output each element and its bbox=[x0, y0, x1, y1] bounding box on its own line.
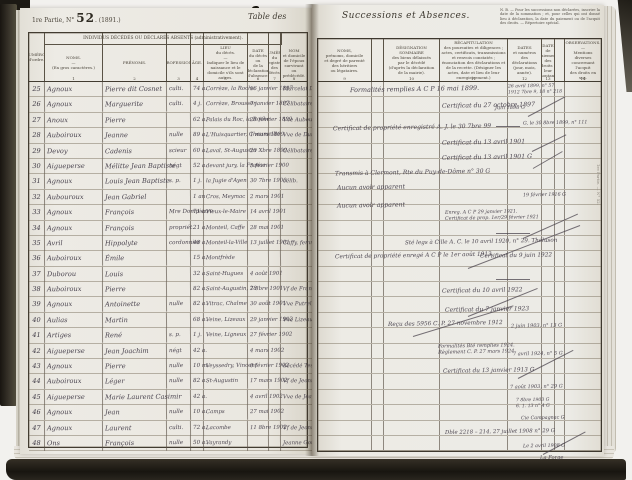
cell-numero bbox=[269, 328, 281, 343]
cell-prenoms: Jeanne bbox=[103, 128, 167, 144]
cell-numero bbox=[269, 82, 281, 97]
cell-empty bbox=[440, 282, 508, 296]
cell-empty bbox=[565, 205, 601, 219]
cell-profession: culti. bbox=[167, 420, 191, 435]
cell-profession: scieur bbox=[167, 143, 191, 158]
cell-empty bbox=[555, 344, 565, 358]
cell-age: 10 m. bbox=[191, 359, 204, 374]
cell-no: 34 bbox=[29, 220, 45, 235]
cell-empty bbox=[508, 251, 542, 265]
ledger-row bbox=[318, 390, 601, 405]
cell-empty bbox=[372, 251, 384, 265]
cell-empty bbox=[318, 359, 372, 373]
cell-empty bbox=[372, 421, 384, 435]
cell-empty bbox=[555, 236, 565, 250]
cell-empty bbox=[555, 267, 565, 281]
book-spine-edge bbox=[0, 4, 17, 406]
cell-empty bbox=[384, 82, 440, 96]
cell-empty bbox=[555, 436, 565, 450]
cell-empty bbox=[372, 436, 384, 450]
cell-numero bbox=[269, 374, 281, 389]
cell-lieu: Corrèze, la Roche bbox=[204, 82, 248, 97]
cell-empty bbox=[318, 236, 372, 250]
cell-empty bbox=[542, 97, 555, 111]
cell-profession: s. p. bbox=[167, 174, 191, 189]
cell-prenoms: René bbox=[103, 328, 167, 344]
cell-numero bbox=[269, 313, 281, 328]
cell-nom: Aulias bbox=[45, 313, 103, 329]
cell-numero bbox=[269, 390, 281, 405]
right-rows bbox=[318, 82, 601, 451]
column-number: 10 bbox=[384, 76, 439, 81]
cell-age: 32 a. bbox=[191, 267, 204, 282]
cell-empty bbox=[555, 251, 565, 265]
cell-profession: culti. bbox=[167, 97, 191, 112]
cell-age: 10 a. bbox=[191, 405, 204, 420]
cell-empty bbox=[542, 144, 555, 158]
cell-empty bbox=[384, 205, 440, 219]
cell-profession: négt bbox=[167, 344, 191, 359]
column-header: RÉCAPITULATION des poursuites et diligen… bbox=[440, 39, 508, 81]
cell-numero bbox=[269, 236, 281, 251]
cell-empty bbox=[542, 128, 555, 142]
cell-profession: culti. bbox=[167, 82, 191, 97]
cell-empty bbox=[565, 344, 601, 358]
cell-prenoms: Martin bbox=[103, 313, 167, 329]
ledger-row bbox=[318, 328, 601, 343]
column-number: 9 bbox=[318, 76, 371, 81]
column-header: NUMÉROS d'ordre. bbox=[29, 33, 45, 81]
cell-empty bbox=[440, 359, 508, 373]
cell-numero bbox=[269, 344, 281, 359]
column-number: 13 bbox=[542, 76, 554, 81]
cell-empty bbox=[508, 174, 542, 188]
ledger-row bbox=[318, 251, 601, 266]
cell-no: 40 bbox=[29, 313, 45, 328]
cell-profession bbox=[167, 251, 191, 266]
cell-empty bbox=[372, 344, 384, 358]
ledger-row bbox=[318, 221, 601, 236]
cell-date: 7 janvier 1897 bbox=[248, 97, 269, 112]
column-number: 14 bbox=[565, 76, 601, 81]
cell-age: 42 a. bbox=[191, 390, 204, 405]
cell-no: 38 bbox=[29, 282, 45, 297]
cell-empty bbox=[542, 159, 555, 173]
cell-empty bbox=[542, 236, 555, 250]
cell-empty bbox=[508, 267, 542, 281]
cell-empty bbox=[555, 144, 565, 158]
cell-nom: Aubouroux bbox=[45, 189, 103, 205]
cell-empty bbox=[542, 421, 555, 435]
cell-empty bbox=[542, 344, 555, 358]
book-gutter-shadow bbox=[305, 4, 319, 456]
cell-numero bbox=[269, 267, 281, 282]
cell-date: 28 mai 1901 bbox=[248, 220, 269, 235]
cell-date: 16 janvier 1897 bbox=[248, 82, 269, 97]
cell-empty bbox=[384, 405, 440, 419]
cell-empty bbox=[440, 144, 508, 158]
cell-empty bbox=[318, 144, 372, 158]
cell-nom: Aigueperse bbox=[45, 390, 103, 406]
cell-empty bbox=[440, 436, 508, 450]
cell-date: 2 mars 1901 bbox=[248, 190, 269, 205]
cell-numero bbox=[269, 436, 281, 451]
cell-empty bbox=[384, 313, 440, 327]
cell-nom: Anoux bbox=[45, 112, 103, 128]
column-number: 8 bbox=[281, 76, 307, 81]
cell-nom: Auboiroux bbox=[45, 128, 103, 144]
cell-lieu: Lacombe bbox=[204, 420, 248, 435]
ledger-row bbox=[318, 282, 601, 297]
cell-numero bbox=[269, 205, 281, 220]
cell-age: 15 a. bbox=[191, 251, 204, 266]
cell-empty bbox=[384, 113, 440, 127]
cell-lieu: Corrèze, Brousson bbox=[204, 97, 248, 112]
cell-empty bbox=[565, 405, 601, 419]
cell-empty bbox=[555, 221, 565, 235]
cell-empty bbox=[384, 97, 440, 111]
cell-empty bbox=[542, 313, 555, 327]
cell-empty bbox=[384, 267, 440, 281]
cell-nom: Auboiroux bbox=[45, 251, 103, 267]
column-header bbox=[372, 39, 384, 81]
cell-empty bbox=[372, 374, 384, 388]
part-label: 1re Partie, N° bbox=[32, 17, 74, 24]
cell-empty bbox=[372, 328, 384, 342]
cell-empty bbox=[318, 82, 372, 96]
cell-no: 30 bbox=[29, 159, 45, 174]
cell-empty bbox=[384, 282, 440, 296]
cell-age: 72 a. bbox=[191, 421, 204, 436]
cell-empty bbox=[440, 159, 508, 173]
cell-empty bbox=[384, 144, 440, 158]
cell-age: 82 a. bbox=[191, 297, 204, 312]
column-header: NOMS, prénoms, domicile et degré de pare… bbox=[318, 39, 372, 81]
cell-no: 45 bbox=[29, 390, 45, 405]
column-header: DATES et numéros des déclarations (jour,… bbox=[508, 39, 542, 81]
cell-date: 27 février 1902 bbox=[248, 328, 269, 343]
group-header: INDIVIDUS DÉCÉDÉS OU DÉCLARÉS ABSENTS (a… bbox=[45, 33, 282, 45]
right-page: Successions et Absences. N. B. — Pour le… bbox=[312, 5, 604, 456]
cell-no: 36 bbox=[29, 251, 45, 266]
column-header bbox=[555, 39, 565, 81]
cell-empty bbox=[318, 421, 372, 435]
cell-empty bbox=[384, 374, 440, 388]
cell-lieu bbox=[204, 343, 248, 358]
cell-numero bbox=[269, 190, 281, 205]
cell-empty bbox=[440, 97, 508, 111]
cell-age: 1 j. bbox=[191, 328, 204, 343]
cell-prenoms: Cadenis bbox=[103, 143, 167, 159]
cell-lieu: Veyssedry, Vincent bbox=[204, 359, 248, 374]
cell-no: 48 bbox=[29, 436, 45, 451]
cell-age: 50 a. bbox=[191, 436, 204, 451]
cell-date bbox=[248, 436, 269, 451]
ledger-row bbox=[318, 297, 601, 312]
page-edges-right bbox=[604, 6, 616, 454]
cell-profession: nulle bbox=[167, 359, 191, 374]
cell-empty bbox=[565, 221, 601, 235]
cell-prenoms: Louis bbox=[103, 266, 167, 282]
cell-numero bbox=[269, 113, 281, 128]
cell-lieu: Vieux-le-Maire bbox=[204, 205, 248, 220]
column-number: 2 bbox=[103, 76, 166, 81]
cell-empty bbox=[372, 297, 384, 311]
cell-no: 26 bbox=[29, 97, 45, 112]
cell-no: 42 bbox=[29, 344, 45, 359]
cell-date: 29 janvier 1902 bbox=[248, 313, 269, 328]
cell-prenoms: François bbox=[103, 220, 167, 236]
cell-empty bbox=[508, 328, 542, 342]
cell-age: 71 a. bbox=[191, 205, 204, 220]
cell-empty bbox=[508, 297, 542, 311]
cell-nom: Agnoux bbox=[45, 82, 103, 98]
cell-nom: Aigueperse bbox=[45, 343, 103, 359]
cell-empty bbox=[542, 205, 555, 219]
cell-no: 31 bbox=[29, 174, 45, 189]
part-heading: 1re Partie, N° 52. (1891.) bbox=[32, 11, 121, 25]
cell-empty bbox=[508, 82, 542, 96]
cell-empty bbox=[318, 328, 372, 342]
cell-no: 29 bbox=[29, 143, 45, 158]
cell-nom: Agnoux bbox=[45, 405, 103, 421]
cell-empty bbox=[440, 251, 508, 265]
cell-empty bbox=[555, 390, 565, 404]
column-number: 5 bbox=[204, 76, 247, 81]
cell-prenoms: Pierre bbox=[103, 282, 167, 298]
cell-age: 48 a. bbox=[191, 236, 204, 251]
cell-nom: Devoy bbox=[45, 143, 103, 159]
right-ledger-table: NOMS, prénoms, domicile et degré de pare… bbox=[317, 38, 602, 452]
cell-empty bbox=[318, 405, 372, 419]
cell-empty bbox=[542, 113, 555, 127]
ledger-row bbox=[318, 267, 601, 282]
cell-empty bbox=[555, 313, 565, 327]
cell-empty bbox=[372, 159, 384, 173]
cell-nom: Avril bbox=[45, 236, 103, 252]
column-number: 3 bbox=[167, 76, 190, 81]
cell-empty bbox=[318, 267, 372, 281]
cell-no: 46 bbox=[29, 405, 45, 420]
ledger-row bbox=[318, 313, 601, 328]
cell-empty bbox=[565, 328, 601, 342]
cell-date: 14 avril 1901 bbox=[248, 205, 269, 220]
cell-empty bbox=[384, 328, 440, 342]
cell-empty bbox=[508, 190, 542, 204]
cell-lieu: Veine, Lizeaux bbox=[204, 313, 248, 328]
cell-nom: Aigueperse bbox=[45, 159, 103, 175]
cell-empty bbox=[555, 174, 565, 188]
cell-age: 60 a. bbox=[191, 143, 204, 158]
cell-numero bbox=[269, 282, 281, 297]
cell-age: 62 a. bbox=[191, 113, 204, 128]
left-table-header: INDIVIDUS DÉCÉDÉS OU DÉCLARÉS ABSENTS (a… bbox=[29, 33, 307, 82]
cell-empty bbox=[508, 205, 542, 219]
cell-empty bbox=[384, 297, 440, 311]
cell-nom: Agnoux bbox=[45, 97, 103, 113]
cell-empty bbox=[542, 221, 555, 235]
cell-lieu: Saint-Augustin, 28 bbox=[204, 282, 248, 297]
cell-empty bbox=[384, 359, 440, 373]
cell-empty bbox=[440, 221, 508, 235]
cell-age: 52 a. bbox=[191, 159, 204, 174]
cell-empty bbox=[508, 436, 542, 450]
cell-profession bbox=[167, 313, 191, 328]
cell-lieu: Cros, Meymac bbox=[204, 190, 248, 205]
cell-empty bbox=[508, 97, 542, 111]
cell-empty bbox=[565, 82, 601, 96]
cell-prenoms: Pierre bbox=[103, 359, 167, 375]
cell-profession: nulle bbox=[167, 436, 191, 451]
ledger-row bbox=[318, 97, 601, 112]
cell-date: 4 mars 1902 bbox=[248, 344, 269, 359]
cell-empty bbox=[542, 405, 555, 419]
cell-date: 20 Xbre 1899 bbox=[248, 143, 269, 158]
cell-date: 5 février 1900 bbox=[248, 159, 269, 174]
cell-empty bbox=[372, 128, 384, 142]
cell-empty bbox=[384, 390, 440, 404]
title-successions: Successions et Absences. bbox=[342, 11, 470, 21]
right-table-header: NOMS, prénoms, domicile et degré de pare… bbox=[318, 39, 601, 82]
ledger-row bbox=[318, 205, 601, 220]
cell-prenoms: Émile bbox=[103, 251, 167, 267]
cell-empty bbox=[565, 436, 601, 450]
cell-profession bbox=[167, 190, 191, 205]
cell-prenoms: Léger bbox=[103, 374, 167, 390]
ledger-row bbox=[318, 174, 601, 189]
cell-empty bbox=[565, 421, 601, 435]
ledger-row bbox=[318, 190, 601, 205]
cell-empty bbox=[318, 390, 372, 404]
cell-empty bbox=[508, 405, 542, 419]
scanned-register-page: 1re Partie, N° 52. (1891.) Table des IND… bbox=[0, 0, 632, 480]
cell-empty bbox=[372, 359, 384, 373]
title-table-des: Table des bbox=[248, 12, 286, 21]
cell-no: 28 bbox=[29, 128, 45, 143]
cell-lieu: Monteil-la-Ville bbox=[204, 236, 248, 251]
cell-lieu: Camps bbox=[204, 405, 248, 420]
cell-lieu: devant jury, la France bbox=[204, 159, 248, 174]
cell-numero bbox=[269, 220, 281, 235]
cell-lieu: Vitrac, Chalme bbox=[204, 297, 248, 312]
cell-empty bbox=[440, 374, 508, 388]
cell-empty bbox=[555, 190, 565, 204]
cell-empty bbox=[372, 113, 384, 127]
cell-empty bbox=[372, 97, 384, 111]
cell-empty bbox=[542, 436, 555, 450]
column-number: 1 bbox=[45, 76, 102, 81]
column-number: 12 bbox=[508, 76, 541, 81]
cell-date: 1 mars 1899 bbox=[248, 128, 269, 143]
cell-empty bbox=[440, 113, 508, 127]
cell-empty bbox=[384, 128, 440, 142]
cell-empty bbox=[565, 282, 601, 296]
cell-empty bbox=[565, 236, 601, 250]
cell-nom: Agnoux bbox=[45, 420, 103, 436]
cell-prenoms: François bbox=[103, 436, 167, 452]
cell-lieu: Monteil, Caffe bbox=[204, 220, 248, 235]
cell-prenoms: Marie Laurent Casimir bbox=[103, 389, 167, 405]
cell-empty bbox=[508, 421, 542, 435]
cell-empty bbox=[555, 328, 565, 342]
cell-age: 82 a. bbox=[191, 374, 204, 389]
cell-empty bbox=[372, 205, 384, 219]
cell-empty bbox=[555, 374, 565, 388]
column-header: DÉSIGNATION SOMMAIRE des biens délaissés… bbox=[384, 39, 440, 81]
cell-date: 13 juillet 1901 bbox=[248, 236, 269, 251]
cell-empty bbox=[542, 174, 555, 188]
cell-prenoms: Jean Joachim bbox=[103, 343, 167, 359]
cell-prenoms: François bbox=[103, 205, 167, 221]
cell-no: 32 bbox=[29, 190, 45, 205]
cell-empty bbox=[555, 405, 565, 419]
cell-prenoms: Laurent bbox=[103, 420, 167, 436]
cell-empty bbox=[555, 421, 565, 435]
cell-empty bbox=[565, 128, 601, 142]
cell-empty bbox=[565, 374, 601, 388]
cell-empty bbox=[384, 436, 440, 450]
cell-empty bbox=[318, 97, 372, 111]
ledger-row bbox=[318, 405, 601, 420]
cell-no: 43 bbox=[29, 359, 45, 374]
cell-lieu: L'Huisquartier, Chaumeille bbox=[204, 128, 248, 143]
cell-empty bbox=[384, 236, 440, 250]
ledger-row bbox=[318, 128, 601, 143]
cell-numero bbox=[269, 144, 281, 159]
cell-empty bbox=[318, 297, 372, 311]
cell-no: 47 bbox=[29, 421, 45, 436]
cell-empty bbox=[565, 144, 601, 158]
cell-prenoms: Pierre dit Cosnet bbox=[103, 82, 167, 98]
cell-profession: propriét. bbox=[167, 220, 191, 235]
cell-empty bbox=[440, 405, 508, 419]
cell-no: 39 bbox=[29, 297, 45, 312]
cell-no: 41 bbox=[29, 328, 45, 343]
ledger-row bbox=[318, 113, 601, 128]
cell-empty bbox=[542, 267, 555, 281]
cell-lieu: la Jugie d'Ayen bbox=[204, 174, 248, 189]
cell-profession bbox=[167, 267, 191, 282]
cell-age: 1 an bbox=[191, 190, 204, 205]
cell-age: 89 a. bbox=[191, 128, 204, 143]
cell-empty bbox=[372, 174, 384, 188]
cell-empty bbox=[318, 436, 372, 450]
cell-empty bbox=[542, 251, 555, 265]
cell-nom: Agnoux bbox=[45, 220, 103, 236]
cell-empty bbox=[555, 205, 565, 219]
cell-empty bbox=[372, 390, 384, 404]
cell-empty bbox=[508, 390, 542, 404]
cell-empty bbox=[565, 267, 601, 281]
cell-prenoms: Pierre bbox=[103, 112, 167, 128]
cell-empty bbox=[440, 174, 508, 188]
cell-lieu: Palais du Roc, la Roche bbox=[204, 113, 248, 128]
column-header: OBSERVATIONS. — Mentions diverses concer… bbox=[565, 39, 601, 81]
cell-empty bbox=[440, 205, 508, 219]
cell-numero bbox=[269, 159, 281, 174]
left-page: 1re Partie, N° 52. (1891.) Table des IND… bbox=[20, 8, 312, 454]
cell-nom: Duborou bbox=[45, 266, 103, 282]
ledger-row bbox=[318, 359, 601, 374]
cell-nom: Ons bbox=[45, 436, 103, 452]
cell-profession: négt bbox=[167, 159, 191, 174]
cell-profession: nulle bbox=[167, 128, 191, 143]
cell-empty bbox=[508, 359, 542, 373]
cell-age: 42 a. bbox=[191, 344, 204, 359]
cell-empty bbox=[440, 236, 508, 250]
cell-empty bbox=[542, 390, 555, 404]
cell-empty bbox=[508, 374, 542, 388]
